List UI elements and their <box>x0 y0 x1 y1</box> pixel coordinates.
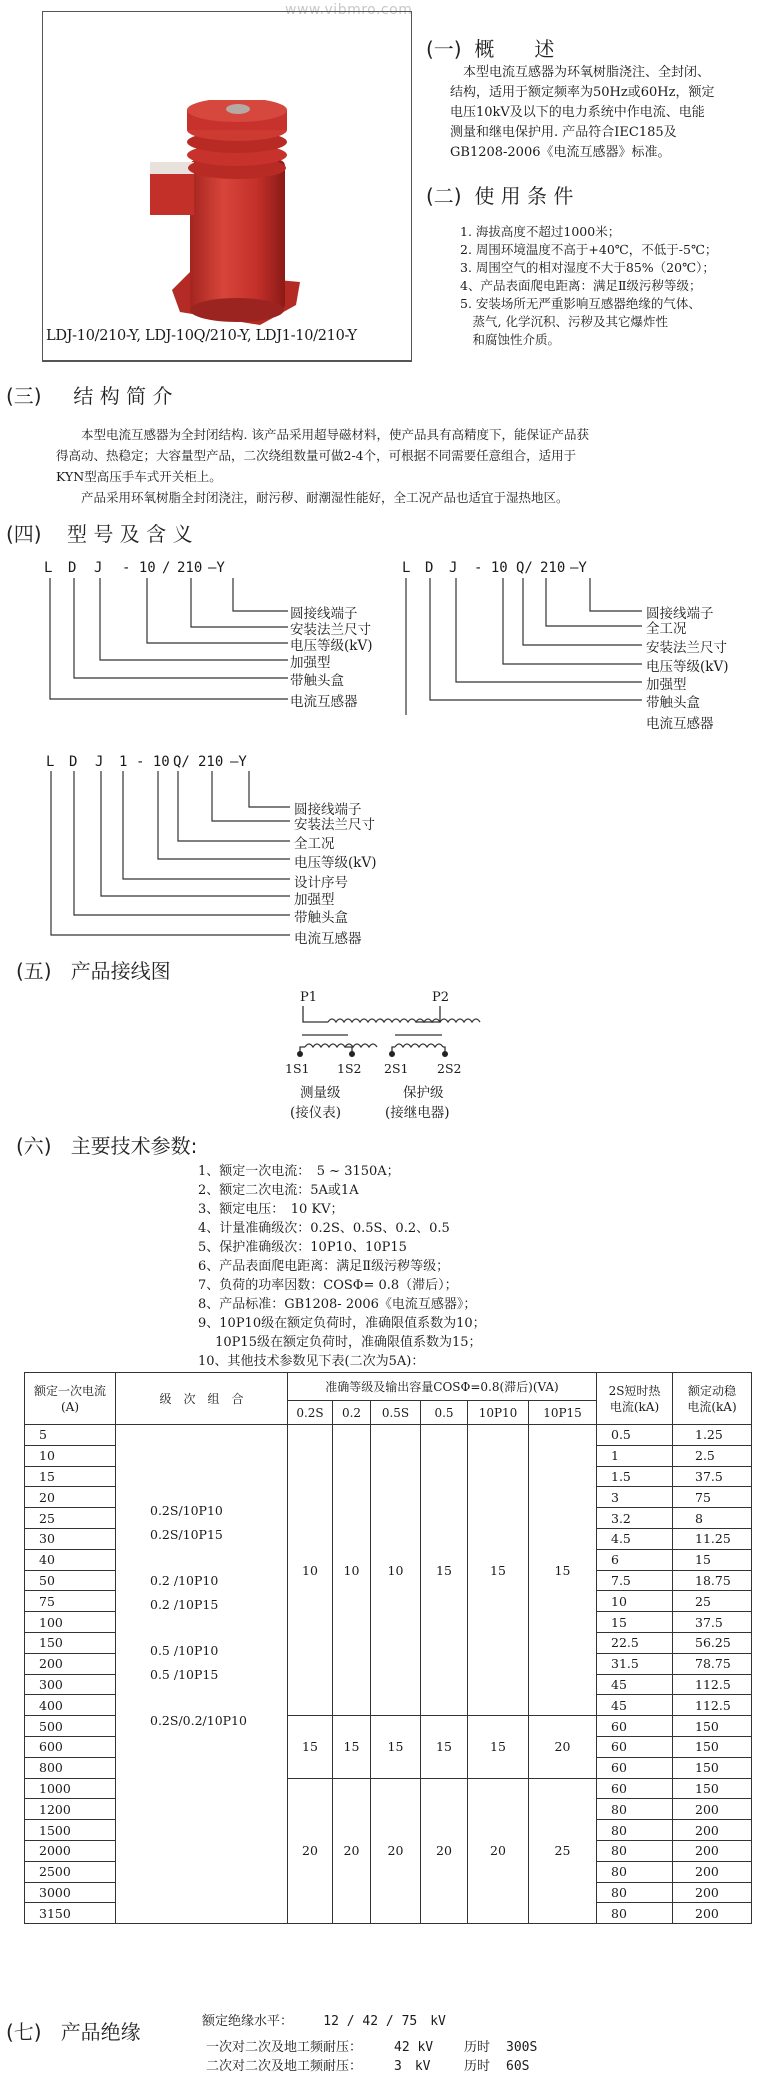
cell-current: 2000 <box>25 1840 116 1861</box>
cell-accuracy-va: 20 <box>288 1778 333 1924</box>
header-text: 额定动稳 <box>673 1383 751 1399</box>
list-item: 5. 安装场所无严重影响互感器绝缘的气体、 <box>460 295 717 313</box>
terminal-p1: P1 <box>300 990 317 1005</box>
text-line: KYN型高压手车式开关柜上。 <box>56 466 589 487</box>
cell-thermal: 22.5 <box>597 1632 673 1653</box>
model-label: 电压等级(kV) <box>646 655 728 675</box>
text-line: 结构，适用于额定频率为50Hz或60Hz，额定 <box>450 83 714 103</box>
cell-dynamic: 112.5 <box>673 1674 752 1695</box>
model-label: 电流互感器 <box>294 927 362 947</box>
cell-accuracy-va: 20 <box>333 1778 371 1924</box>
text-line: 电压10kV及以下的电力系统中作电流、电能 <box>450 103 714 123</box>
model-token: / <box>162 560 170 576</box>
header-10p10: 10P10 <box>468 1401 529 1425</box>
cell-accuracy-va: 15 <box>371 1716 421 1778</box>
header-combo: 级 次 组 合 <box>116 1373 288 1425</box>
list-item: 蒸气, 化学沉积、污秽及其它爆炸性 <box>460 313 717 331</box>
model-token: —Y <box>570 560 587 576</box>
cell-current: 15 <box>25 1466 116 1487</box>
section-title: 主要技术参数: <box>71 1134 198 1158</box>
withstand-row: 二次对二次及地工频耐压：3 kV历时60S <box>206 2057 537 2076</box>
cell-current: 150 <box>25 1632 116 1653</box>
section-number: (六) <box>16 1134 52 1158</box>
duration-label: 历时 <box>464 2057 506 2076</box>
cell-thermal: 45 <box>597 1674 673 1695</box>
cell-dynamic: 75 <box>673 1487 752 1508</box>
cell-thermal: 60 <box>597 1757 673 1778</box>
cell-dynamic: 150 <box>673 1778 752 1799</box>
cell-dynamic: 150 <box>673 1736 752 1757</box>
params-list: 1、额定一次电流： 5 ~ 3150A； 2、额定二次电流：5A或1A 3、额定… <box>198 1162 486 1371</box>
cell-accuracy-va: 15 <box>529 1425 597 1716</box>
param-item: 3、额定电压： 10 KV； <box>198 1200 486 1219</box>
cell-thermal: 80 <box>597 1903 673 1924</box>
model-label: 带触头盒 <box>646 691 700 711</box>
model-label: 全工况 <box>294 832 335 852</box>
cell-current: 3000 <box>25 1882 116 1903</box>
cell-dynamic: 2.5 <box>673 1445 752 1466</box>
section-title: 概 述 <box>474 37 554 61</box>
section-title: 使 用 条 件 <box>474 184 573 208</box>
list-item: 1. 海拔高度不超过1000米； <box>460 223 717 241</box>
cell-current: 20 <box>25 1487 116 1508</box>
cell-thermal: 0.5 <box>597 1425 673 1446</box>
header-accuracy-group: 准确等级及输出容量COSΦ=0.8(滞后)(VA) <box>288 1373 597 1401</box>
cell-accuracy-va: 15 <box>468 1425 529 1716</box>
section-title: 型 号 及 含 义 <box>67 522 192 546</box>
model-label: 安装法兰尺寸 <box>294 813 375 833</box>
current-transformer-image <box>110 100 350 330</box>
cell-current: 50 <box>25 1570 116 1591</box>
combo-item: 0.2S/0.2/10P10 <box>150 1709 287 1733</box>
cell-thermal: 10 <box>597 1591 673 1612</box>
cell-current: 25 <box>25 1508 116 1529</box>
cell-accuracy-va: 15 <box>468 1716 529 1778</box>
cell-thermal: 31.5 <box>597 1653 673 1674</box>
header-dynamic: 额定动稳 电流(kA) <box>673 1373 752 1425</box>
header-text: 额定一次电流 <box>25 1383 115 1399</box>
cell-dynamic: 200 <box>673 1840 752 1861</box>
model-token: Q/ <box>516 560 533 576</box>
model-token: J <box>94 560 102 576</box>
cell-dynamic: 200 <box>673 1882 752 1903</box>
param-item: 9、10P10级在额定负荷时，准确限值系数为10； <box>198 1314 486 1333</box>
header-current: 额定一次电流 (A) <box>25 1373 116 1425</box>
model-label: 全工况 <box>646 617 687 637</box>
withstand-label: 一次对二次及地工频耐压： <box>206 2038 394 2057</box>
insulation-level-value: 12 / 42 / 75 kV <box>323 2014 446 2029</box>
model-label: 电压等级(kV) <box>294 851 376 871</box>
cell-thermal: 4.5 <box>597 1528 673 1549</box>
withstand-value: 3 kV <box>394 2057 464 2076</box>
cell-accuracy-va: 10 <box>371 1425 421 1716</box>
cell-current: 30 <box>25 1528 116 1549</box>
cell-thermal: 80 <box>597 1840 673 1861</box>
text-line: 本型电流互感器为环氧树脂浇注、全封闭、 <box>450 63 714 83</box>
cell-dynamic: 37.5 <box>673 1466 752 1487</box>
cell-dynamic: 78.75 <box>673 1653 752 1674</box>
cell-thermal: 60 <box>597 1736 673 1757</box>
cell-thermal: 1 <box>597 1445 673 1466</box>
combo-item: 0.5 /10P10 <box>150 1639 287 1663</box>
cell-accuracy-va: 15 <box>421 1425 468 1716</box>
cell-current: 400 <box>25 1695 116 1716</box>
section-title: 产品接线图 <box>71 959 171 983</box>
section-heading-insulation: (七) 产品绝缘 <box>6 2016 141 2045</box>
header-text: 2S短时热 <box>597 1383 672 1399</box>
cell-accuracy-va: 20 <box>371 1778 421 1924</box>
list-item: 和腐蚀性介质。 <box>460 331 717 349</box>
section-number: (三) <box>6 384 42 408</box>
model-token: —Y <box>208 560 225 576</box>
param-item: 1、额定一次电流： 5 ~ 3150A； <box>198 1162 486 1181</box>
model-label: 电流互感器 <box>646 712 714 732</box>
cell-accuracy-va: 20 <box>468 1778 529 1924</box>
cell-current: 300 <box>25 1674 116 1695</box>
cell-dynamic: 150 <box>673 1757 752 1778</box>
cell-combos: 0.2S/10P100.2S/10P150.2 /10P100.2 /10P15… <box>116 1425 288 1924</box>
model-token: L <box>44 560 52 576</box>
section-heading-model: (四) 型 号 及 含 义 <box>6 518 192 547</box>
cell-thermal: 3 <box>597 1487 673 1508</box>
text-line: 产品采用环氧树脂全封闭浇注，耐污秽、耐潮湿性能好，全工况产品也适宜于湿热地区。 <box>56 487 589 508</box>
header-0.5s: 0.5S <box>371 1401 421 1425</box>
cell-current: 2500 <box>25 1861 116 1882</box>
header-0.2s: 0.2S <box>288 1401 333 1425</box>
cell-current: 500 <box>25 1716 116 1737</box>
insulation-level: 额定绝缘水平： 12 / 42 / 75 kV <box>202 2012 446 2032</box>
withstand-value: 42 kV <box>394 2038 464 2057</box>
cell-dynamic: 8 <box>673 1508 752 1529</box>
model-label: 加强型 <box>646 673 687 693</box>
param-item: 5、保护准确级次：10P10、10P15 <box>198 1238 486 1257</box>
list-item: 4、产品表面爬电距离：满足Ⅱ级污秽等级； <box>460 277 717 295</box>
metering-label: 测量级 <box>300 1081 341 1101</box>
model-label: 带触头盒 <box>290 669 344 689</box>
param-item: 2、额定二次电流：5A或1A <box>198 1181 486 1200</box>
insulation-level-label: 额定绝缘水平： <box>202 2014 293 2029</box>
cell-dynamic: 18.75 <box>673 1570 752 1591</box>
cell-thermal: 80 <box>597 1820 673 1841</box>
cell-dynamic: 56.25 <box>673 1632 752 1653</box>
cell-thermal: 15 <box>597 1612 673 1633</box>
cell-thermal: 7.5 <box>597 1570 673 1591</box>
conditions-list: 1. 海拔高度不超过1000米； 2. 周围环境温度不高于+40℃，不低于-5℃… <box>460 223 717 349</box>
cell-current: 800 <box>25 1757 116 1778</box>
spec-table: 额定一次电流 (A) 级 次 组 合 准确等级及输出容量COSΦ=0.8(滞后)… <box>24 1372 752 1924</box>
structure-paragraph: 本型电流互感器为全封闭结构. 该产品采用超导磁材料，使产品具有高精度下，能保证产… <box>56 424 589 508</box>
combo-item: 0.2 /10P10 <box>150 1569 287 1593</box>
section-heading-wiring: (五) 产品接线图 <box>16 955 171 984</box>
cell-accuracy-va: 15 <box>421 1716 468 1778</box>
cell-current: 1200 <box>25 1799 116 1820</box>
cell-accuracy-va: 15 <box>288 1716 333 1778</box>
model-label: 带触头盒 <box>294 906 348 926</box>
param-item: 10、其他技术参数见下表(二次为5A)： <box>198 1352 486 1371</box>
combo-item: 0.2S/10P15 <box>150 1523 287 1547</box>
withstand-row: 一次对二次及地工频耐压：42 kV历时300S <box>206 2038 537 2057</box>
section-number: (二) <box>426 184 462 208</box>
withstand-voltage-list: 一次对二次及地工频耐压：42 kV历时300S 二次对二次及地工频耐压：3 kV… <box>206 2038 537 2076</box>
text-line: 得高动、热稳定；大容量型产品，二次绕组数量可做2-4个，可根据不同需要任意组合，… <box>56 445 589 466</box>
product-caption: LDJ-10/210-Y, LDJ-10Q/210-Y, LDJ1-10/210… <box>46 328 408 344</box>
cell-thermal: 80 <box>597 1882 673 1903</box>
text-line: GB1208-2006《电流互感器》标准。 <box>450 143 714 163</box>
cell-current: 1500 <box>25 1820 116 1841</box>
model-token: 210 <box>540 560 565 576</box>
cell-current: 200 <box>25 1653 116 1674</box>
model-token: L <box>402 560 410 576</box>
header-unit: (A) <box>25 1399 115 1415</box>
cell-current: 40 <box>25 1549 116 1570</box>
section-heading-params: (六) 主要技术参数: <box>16 1130 197 1159</box>
table-row: 50.2S/10P100.2S/10P150.2 /10P100.2 /10P1… <box>25 1425 752 1446</box>
duration-label: 历时 <box>464 2038 506 2057</box>
header-thermal: 2S短时热 电流(kA) <box>597 1373 673 1425</box>
terminal-1s2: 1S2 <box>337 1061 361 1076</box>
cell-thermal: 80 <box>597 1861 673 1882</box>
cell-thermal: 1.5 <box>597 1466 673 1487</box>
cell-dynamic: 1.25 <box>673 1425 752 1446</box>
duration-value: 300S <box>506 2040 537 2055</box>
model-2-leader-lines <box>390 575 650 715</box>
cell-current: 75 <box>25 1591 116 1612</box>
cell-dynamic: 200 <box>673 1799 752 1820</box>
section-title: 产品绝缘 <box>61 2020 141 2044</box>
model-token: J <box>449 560 457 576</box>
section-title: 结 构 简 介 <box>73 384 172 408</box>
section-number: (四) <box>6 522 42 546</box>
model-3-leader-lines <box>0 768 295 948</box>
terminal-p2: P2 <box>432 990 449 1005</box>
cell-accuracy-va: 10 <box>288 1425 333 1716</box>
metering-sublabel: (接仪表) <box>290 1101 341 1121</box>
cell-accuracy-va: 10 <box>333 1425 371 1716</box>
text-line: 本型电流互感器为全封闭结构. 该产品采用超导磁材料，使产品具有高精度下，能保证产… <box>56 424 589 445</box>
section-heading-structure: (三) 结 构 简 介 <box>6 380 172 409</box>
cell-thermal: 6 <box>597 1549 673 1570</box>
section-heading-overview: (一) 概 述 <box>426 33 554 62</box>
cell-accuracy-va: 25 <box>529 1778 597 1924</box>
cell-dynamic: 112.5 <box>673 1695 752 1716</box>
param-item: 8、产品标准：GB1208- 2006《电流互感器》； <box>198 1295 486 1314</box>
section-number: (七) <box>6 2020 42 2044</box>
param-item: 10P15级在额定负荷时，准确限值系数为15； <box>198 1333 486 1352</box>
cell-accuracy-va: 15 <box>333 1716 371 1778</box>
cell-current: 10 <box>25 1445 116 1466</box>
cell-current: 5 <box>25 1425 116 1446</box>
list-item: 2. 周围环境温度不高于+40℃，不低于-5℃； <box>460 241 717 259</box>
section-number: (五) <box>16 959 52 983</box>
cell-dynamic: 15 <box>673 1549 752 1570</box>
model-token: D <box>68 560 76 576</box>
protection-sublabel: (接继电器) <box>385 1101 450 1121</box>
header-unit: 电流(kA) <box>597 1399 672 1415</box>
model-1-leader-lines-lower <box>0 575 290 715</box>
cell-accuracy-va: 20 <box>529 1716 597 1778</box>
model-token: - 10 <box>122 560 156 576</box>
cell-dynamic: 11.25 <box>673 1528 752 1549</box>
model-token: 210 <box>177 560 202 576</box>
header-0.2: 0.2 <box>333 1401 371 1425</box>
duration-value: 60S <box>506 2059 529 2074</box>
overview-paragraph: 本型电流互感器为环氧树脂浇注、全封闭、 结构，适用于额定频率为50Hz或60Hz… <box>450 63 714 163</box>
list-item: 3. 周围空气的相对湿度不大于85%（20℃）； <box>460 259 717 277</box>
header-unit: 电流(kA) <box>673 1399 751 1415</box>
cell-thermal: 3.2 <box>597 1508 673 1529</box>
cell-accuracy-va: 20 <box>421 1778 468 1924</box>
section-number: (一) <box>426 37 462 61</box>
param-item: 4、计量准确级次：0.2S、0.5S、0.2、0.5 <box>198 1219 486 1238</box>
section-heading-conditions: (二) 使 用 条 件 <box>426 180 573 209</box>
cell-thermal: 80 <box>597 1799 673 1820</box>
model-label: 加强型 <box>294 888 335 908</box>
model-label: 电流互感器 <box>290 690 358 710</box>
cell-thermal: 45 <box>597 1695 673 1716</box>
header-10p15: 10P15 <box>529 1401 597 1425</box>
model-token: D <box>425 560 433 576</box>
cell-thermal: 60 <box>597 1716 673 1737</box>
cell-dynamic: 150 <box>673 1716 752 1737</box>
cell-dynamic: 200 <box>673 1820 752 1841</box>
combo-item: 0.2S/10P10 <box>150 1499 287 1523</box>
cell-current: 600 <box>25 1736 116 1757</box>
cell-dynamic: 25 <box>673 1591 752 1612</box>
model-label: 加强型 <box>290 651 331 671</box>
terminal-2s2: 2S2 <box>437 1061 461 1076</box>
cell-current: 1000 <box>25 1778 116 1799</box>
cell-thermal: 60 <box>597 1778 673 1799</box>
terminal-2s1: 2S1 <box>384 1061 408 1076</box>
combo-item: 0.5 /10P15 <box>150 1663 287 1687</box>
combo-item: 0.2 /10P15 <box>150 1593 287 1617</box>
cell-dynamic: 200 <box>673 1861 752 1882</box>
cell-current: 100 <box>25 1612 116 1633</box>
withstand-label: 二次对二次及地工频耐压： <box>206 2057 394 2076</box>
param-item: 6、产品表面爬电距离：满足Ⅱ级污秽等级； <box>198 1257 486 1276</box>
protection-label: 保护级 <box>403 1081 444 1101</box>
param-item: 7、负荷的功率因数：COSΦ= 0.8（滞后）； <box>198 1276 486 1295</box>
terminal-1s1: 1S1 <box>285 1061 309 1076</box>
model-label: 安装法兰尺寸 <box>646 636 727 656</box>
cell-dynamic: 200 <box>673 1903 752 1924</box>
cell-current: 3150 <box>25 1903 116 1924</box>
model-token: - 10 <box>474 560 508 576</box>
header-0.5: 0.5 <box>421 1401 468 1425</box>
text-line: 测量和继电保护用. 产品符合IEC185及 <box>450 123 714 143</box>
cell-dynamic: 37.5 <box>673 1612 752 1633</box>
